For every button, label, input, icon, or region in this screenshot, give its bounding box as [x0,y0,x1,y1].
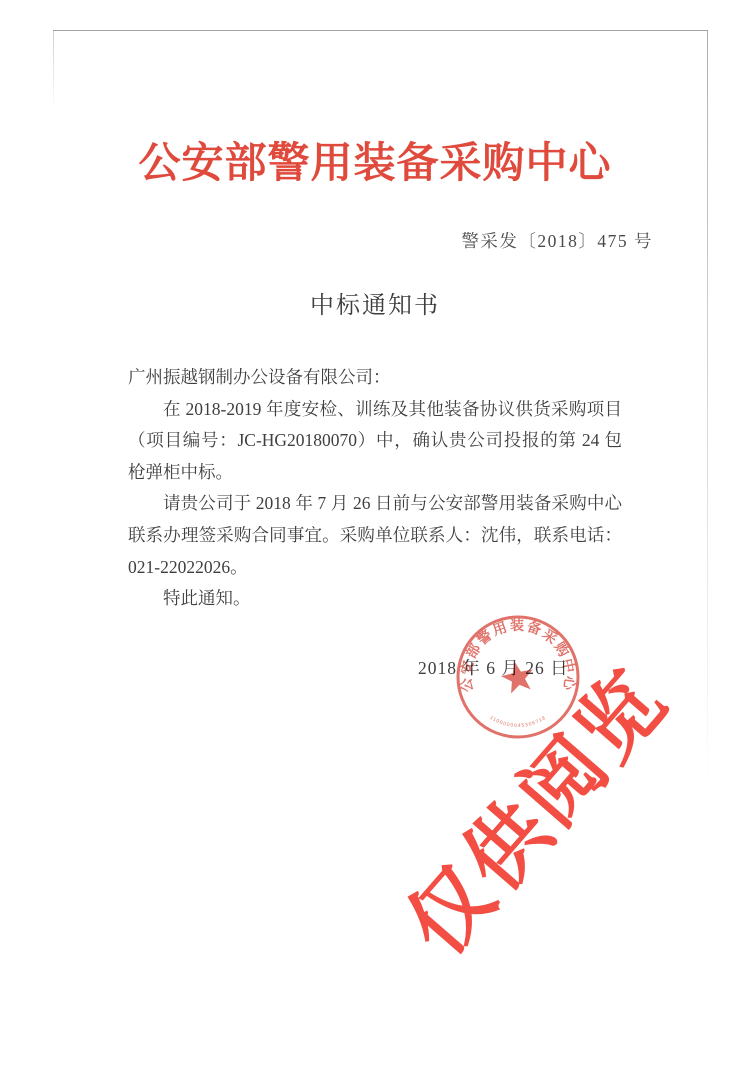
body-line: 在 2018-2019 年度安检、训练及其他装备协议供货采购项目 [128,394,622,426]
letter-body: 广州振越钢制办公设备有限公司： 在 2018-2019 年度安检、训练及其他装备… [128,362,622,615]
body-line: 枪弹柜中标。 [128,457,622,489]
body-line: 请贵公司于 2018 年 7 月 26 日前与公安部警用装备采购中心 [128,488,622,520]
scanned-document-page: 公安部警用装备采购中心 警采发〔2018〕475 号 中标通知书 广州振越钢制办… [0,0,750,1080]
scan-edge-top [53,30,708,31]
body-line: 021-22022026。 [128,552,622,584]
seal-star-icon [499,658,537,695]
scan-edge-left [53,31,54,111]
letterhead-org-title: 公安部警用装备采购中心 [0,130,750,190]
document-reference-number: 警采发〔2018〕475 号 [461,228,653,253]
body-line: （项目编号：JC-HG20180070）中，确认贵公司投报的第 24 包 [128,425,622,457]
document-title: 中标通知书 [0,285,750,320]
body-line: 联系办理签采购合同事宜。采购单位联系人：沈伟，联系电话： [128,520,622,552]
body-line: 广州振越钢制办公设备有限公司： [128,362,622,394]
